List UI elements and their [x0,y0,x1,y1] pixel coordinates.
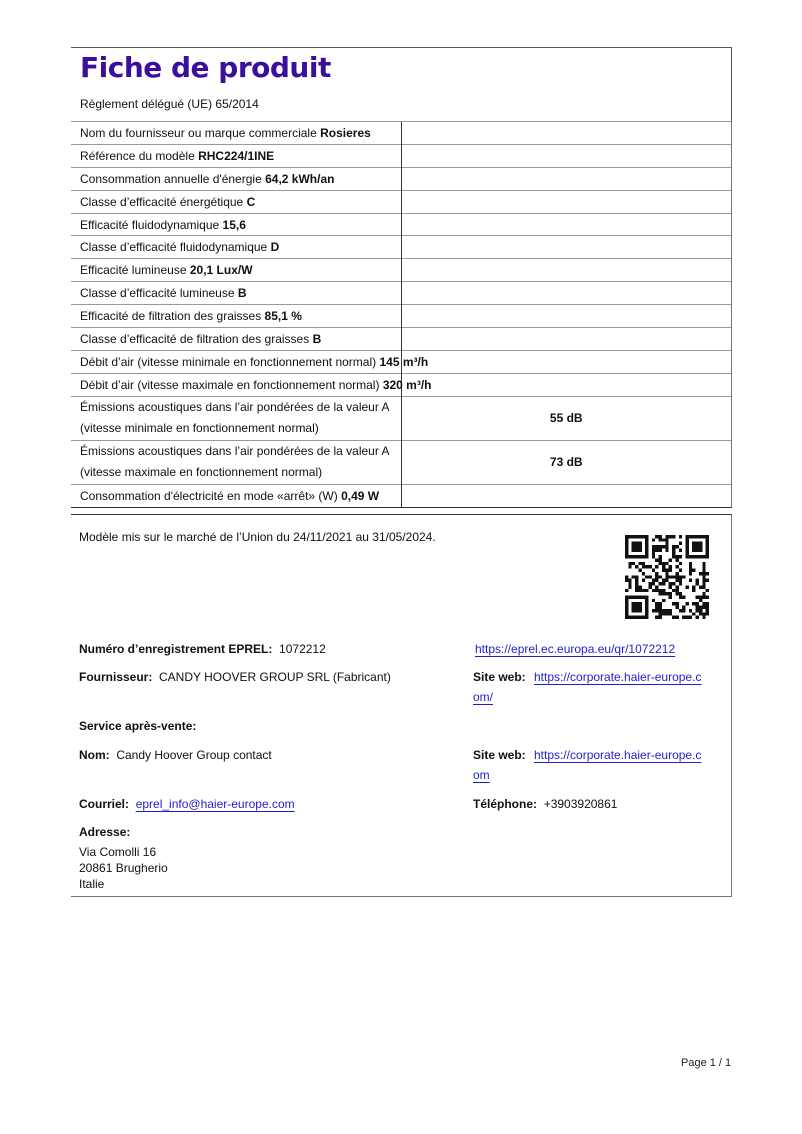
service-name-row: Nom: Candy Hoover Group contact [79,748,272,762]
website-label: Site web: [473,748,526,762]
spec-label-cell: Consommation annuelle d'énergie 64,2 kWh… [71,167,401,190]
spec-label-cell: Référence du modèle RHC224/1INE [71,144,401,167]
spec-row: Classe d’efficacité fluidodynamique D [71,236,732,259]
service-website-link[interactable]: https://corporate.haier-europe.c [534,748,701,762]
spec-label: Consommation annuelle d'énergie [80,172,262,186]
website-label: Site web: [473,670,526,684]
spec-value-cell [401,350,732,373]
spec-row: Efficacité de filtration des graisses 85… [71,305,732,328]
spec-value-cell [401,282,732,305]
spec-row: Consommation d'électricité en mode «arrê… [71,484,732,507]
spec-value-cell [401,144,732,167]
spec-label: Nom du fournisseur ou marque commerciale [80,126,317,140]
spec-label: Référence du modèle [80,149,195,163]
supplier-website-link-cont[interactable]: om/ [473,690,493,704]
specs-table: Nom du fournisseur ou marque commerciale… [71,121,732,508]
supplier-website-link[interactable]: https://corporate.haier-europe.c [534,670,701,684]
spec-value-cell [401,373,732,396]
spec-row: Émissions acoustiques dans l’air pondéré… [71,396,732,440]
spec-row: Classe d’efficacité énergétique C [71,190,732,213]
phone-number: +3903920861 [544,797,618,811]
sheet-header: Fiche de produit Règlement délégué (UE) … [71,47,732,121]
supplier-label: Fournisseur: [79,670,152,684]
spec-value: B [238,286,247,300]
spec-label-cell: Débit d’air (vitesse minimale en fonctio… [71,350,401,373]
supplier-row: Fournisseur: CANDY HOOVER GROUP SRL (Fab… [79,670,391,684]
spec-row: Classe d’efficacité lumineuse B [71,282,732,305]
spec-row: Consommation annuelle d'énergie 64,2 kWh… [71,167,732,190]
spec-value-cell: 55 dB [401,396,732,440]
spec-label-cell: Classe d’efficacité fluidodynamique D [71,236,401,259]
eprel-row: Numéro d’enregistrement EPREL: 1072212 [79,642,326,656]
product-sheet: Fiche de produit Règlement délégué (UE) … [71,47,732,508]
supplier-info-box: Modèle mis sur le marché de l’Union du 2… [71,514,732,897]
spec-value: RHC224/1INE [198,149,274,163]
address: Via Comolli 16 20861 Brugherio Italie [79,844,168,892]
spec-row: Classe d’efficacité de filtration des gr… [71,328,732,351]
spec-value: 85,1 % [265,309,302,323]
address-line: Italie [79,876,168,892]
page-title: Fiche de produit [80,51,331,84]
spec-label-cell: Classe d’efficacité de filtration des gr… [71,328,401,351]
spec-label: Efficacité lumineuse [80,263,187,277]
spec-value: Rosieres [320,126,371,140]
address-label: Adresse: [79,825,130,839]
spec-value-cell [401,167,732,190]
spec-label-cell: Consommation d'électricité en mode «arrê… [71,484,401,507]
supplier-website-label: Site web: [473,670,526,684]
qr-code-icon[interactable] [625,535,709,619]
email-row: Courriel: eprel_info@haier-europe.com [79,797,295,811]
address-line: 20861 Brugherio [79,860,168,876]
address-line: Via Comolli 16 [79,844,168,860]
spec-label: Émissions acoustiques dans l’air pondéré… [80,400,389,435]
service-name-label: Nom: [79,748,110,762]
spec-label-cell: Nom du fournisseur ou marque commerciale… [71,122,401,145]
spec-value: 64,2 kWh/an [265,172,334,186]
spec-label: Classe d’efficacité énergétique [80,195,243,209]
spec-value-cell [401,328,732,351]
spec-label: Débit d’air (vitesse minimale en fonctio… [80,355,376,369]
market-period: Modèle mis sur le marché de l’Union du 2… [79,530,436,544]
spec-label-cell: Classe d’efficacité énergétique C [71,190,401,213]
spec-value: 15,6 [223,218,246,232]
service-website-label: Site web: [473,748,526,762]
service-website-link-cont[interactable]: om [473,768,490,782]
spec-value-cell [401,213,732,236]
spec-label: Débit d’air (vitesse maximale en fonctio… [80,378,379,392]
eprel-link[interactable]: https://eprel.ec.europa.eu/qr/1072212 [475,642,675,656]
spec-label-cell: Efficacité de filtration des graisses 85… [71,305,401,328]
spec-value: 20,1 Lux/W [190,263,253,277]
spec-row: Efficacité lumineuse 20,1 Lux/W [71,259,732,282]
spec-label: Consommation d'électricité en mode «arrê… [80,489,338,503]
spec-label: Classe d’efficacité fluidodynamique [80,240,267,254]
spec-value: D [271,240,280,254]
spec-label-cell: Efficacité lumineuse 20,1 Lux/W [71,259,401,282]
email-link[interactable]: eprel_info@haier-europe.com [136,797,295,811]
spec-value-cell [401,305,732,328]
spec-label: Efficacité de filtration des graisses [80,309,261,323]
spec-label: Classe d’efficacité de filtration des gr… [80,332,309,346]
spec-value: 320 m³/h [383,378,432,392]
spec-row: Débit d’air (vitesse maximale en fonctio… [71,373,732,396]
spec-label: Efficacité fluidodynamique [80,218,219,232]
spec-value: B [313,332,322,346]
page-number: Page 1 / 1 [681,1057,731,1069]
regulation-reference: Règlement délégué (UE) 65/2014 [80,97,259,111]
spec-row: Référence du modèle RHC224/1INE [71,144,732,167]
spec-value-cell [401,190,732,213]
eprel-number: 1072212 [279,642,326,656]
spec-row: Débit d’air (vitesse minimale en fonctio… [71,350,732,373]
spec-value: 0,49 W [341,489,379,503]
spec-value: C [247,195,256,209]
spec-label: Émissions acoustiques dans l’air pondéré… [80,444,389,479]
service-name: Candy Hoover Group contact [116,748,271,762]
spec-row: Émissions acoustiques dans l’air pondéré… [71,440,732,484]
spec-row: Nom du fournisseur ou marque commerciale… [71,122,732,145]
spec-value-cell [401,484,732,507]
spec-label-cell: Débit d’air (vitesse maximale en fonctio… [71,373,401,396]
email-label: Courriel: [79,797,129,811]
phone-row: Téléphone: +3903920861 [473,797,617,811]
supplier-name: CANDY HOOVER GROUP SRL (Fabricant) [159,670,391,684]
spec-label-cell: Émissions acoustiques dans l’air pondéré… [71,396,401,440]
spec-value-cell: 73 dB [401,440,732,484]
service-heading: Service après-vente: [79,719,196,733]
spec-label-cell: Classe d’efficacité lumineuse B [71,282,401,305]
phone-label: Téléphone: [473,797,537,811]
spec-value-cell [401,122,732,145]
spec-value-cell [401,236,732,259]
spec-label: Classe d’efficacité lumineuse [80,286,235,300]
spec-value: 145 m³/h [379,355,428,369]
spec-value-cell [401,259,732,282]
eprel-label: Numéro d’enregistrement EPREL: [79,642,272,656]
spec-label-cell: Efficacité fluidodynamique 15,6 [71,213,401,236]
spec-label-cell: Émissions acoustiques dans l’air pondéré… [71,440,401,484]
spec-row: Efficacité fluidodynamique 15,6 [71,213,732,236]
